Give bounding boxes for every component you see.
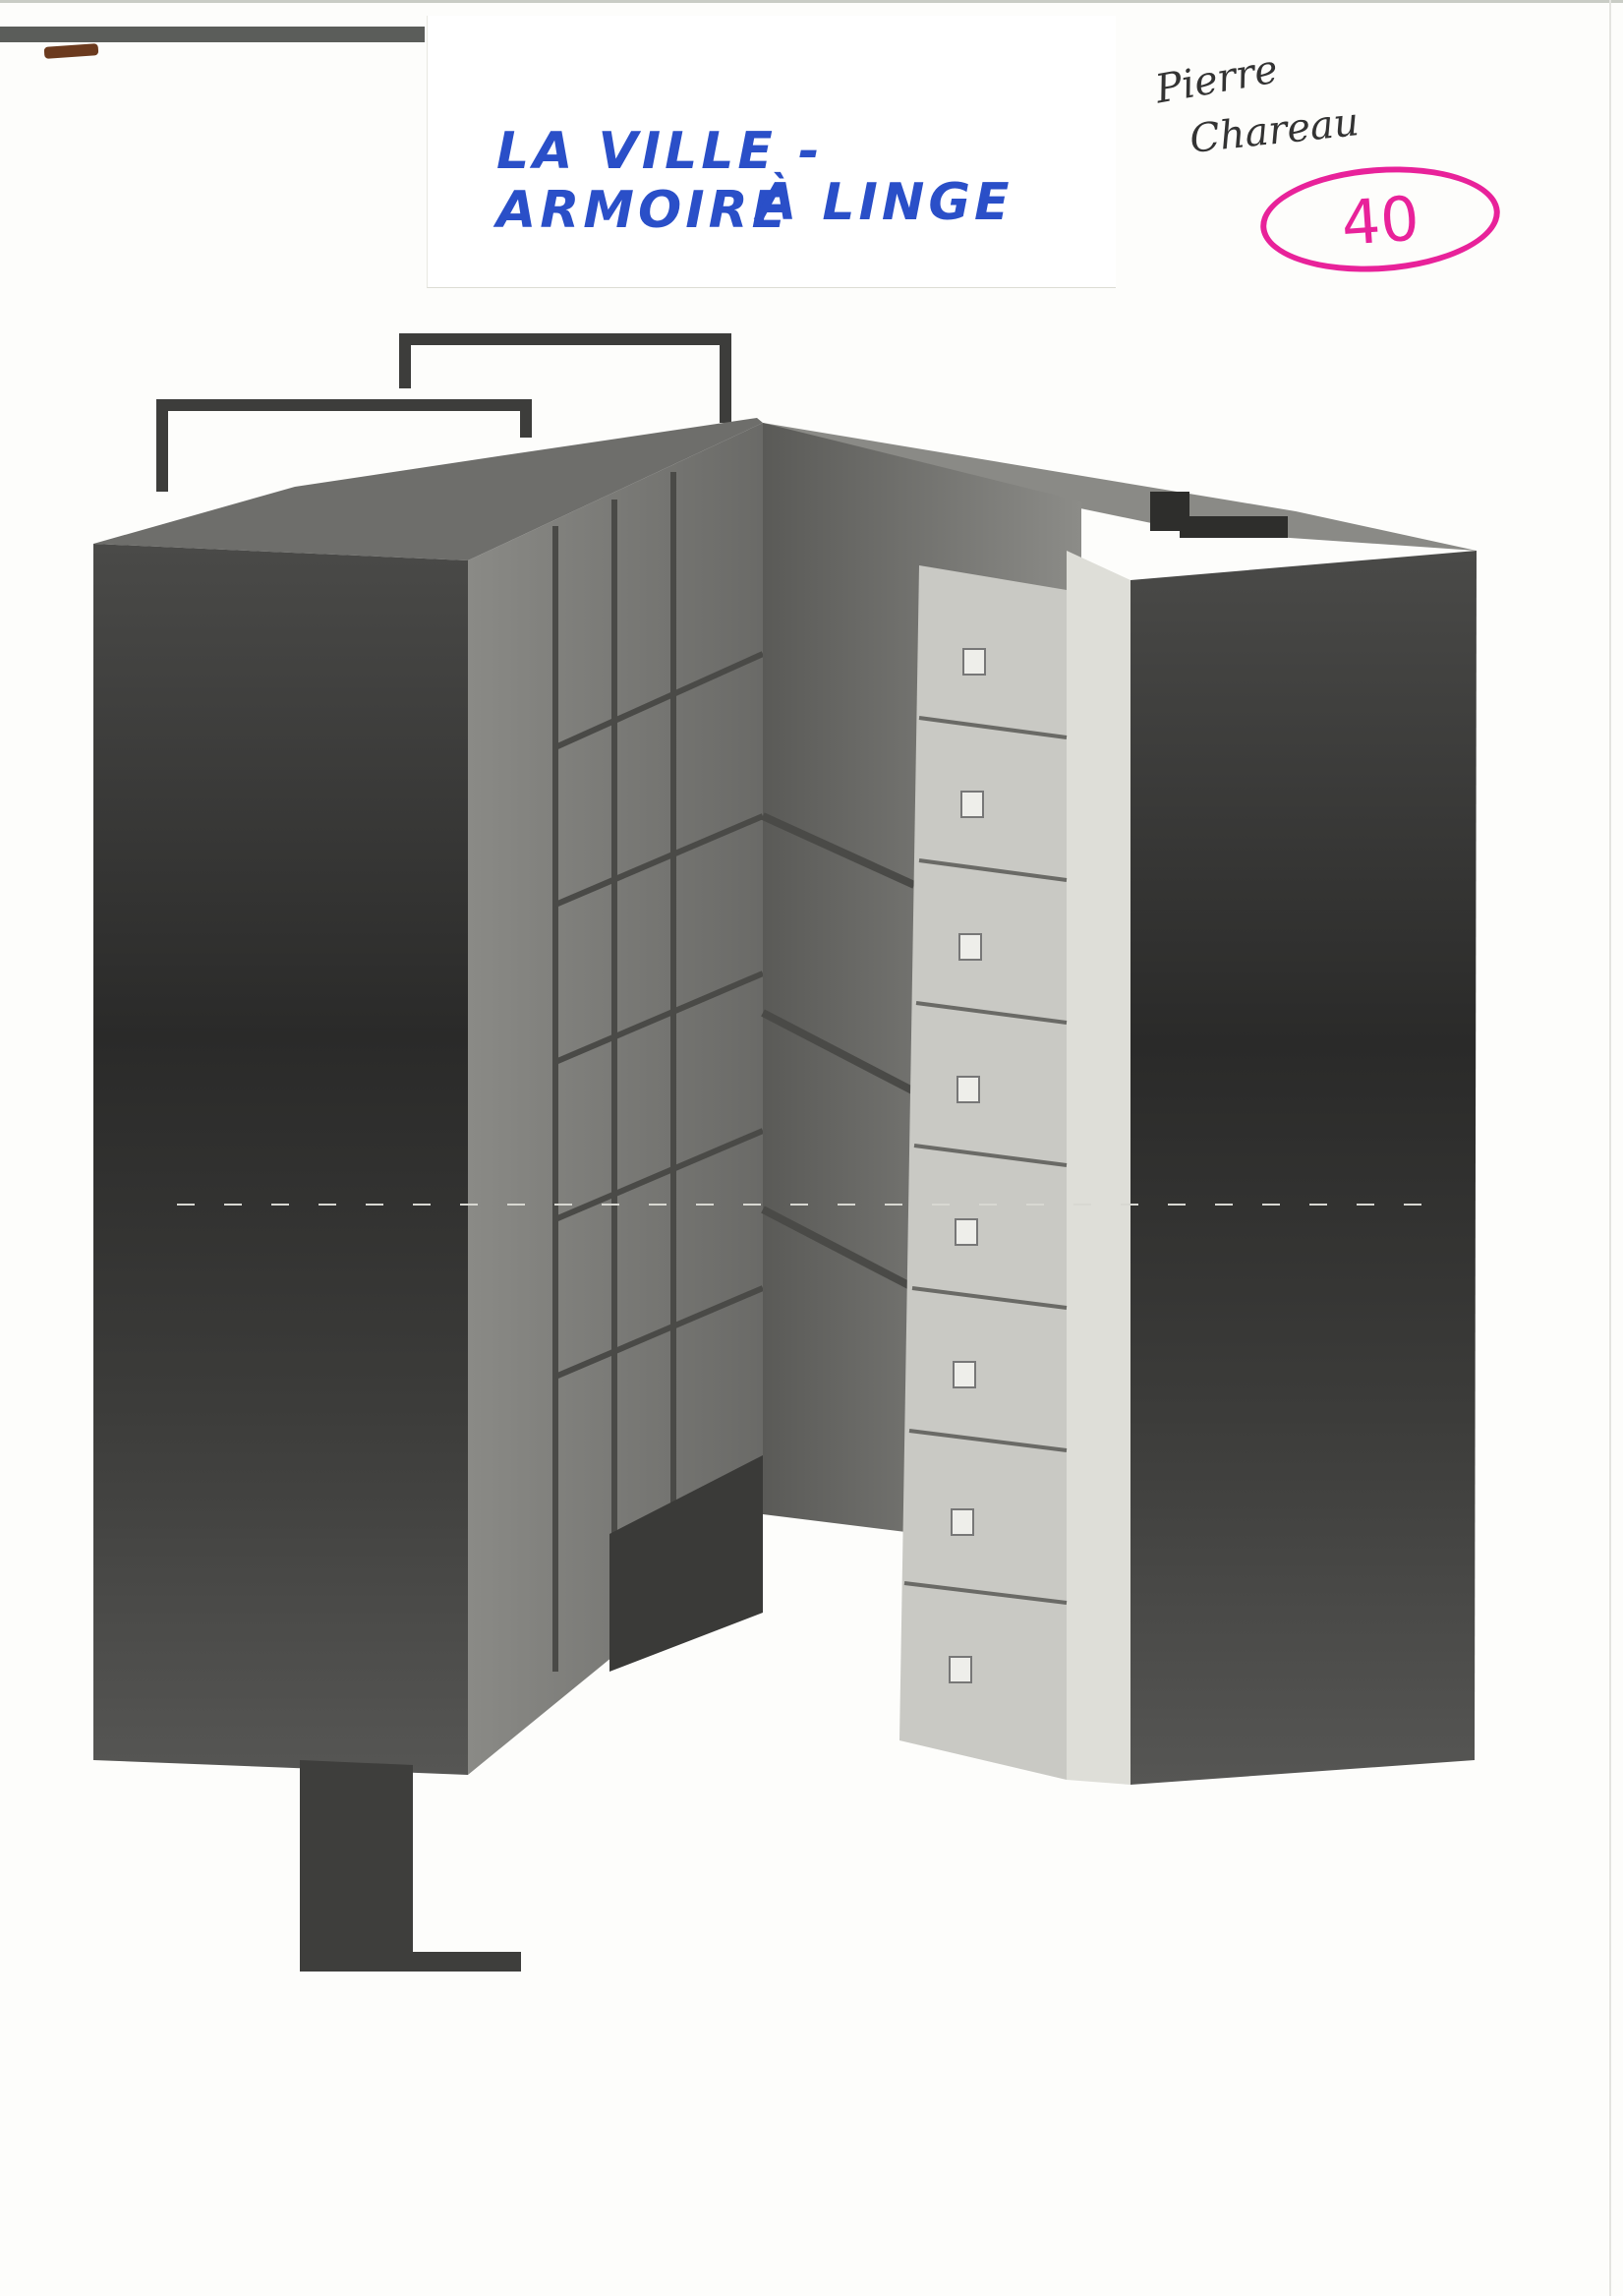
drawer-column bbox=[899, 565, 1067, 1780]
furniture-photo bbox=[0, 0, 1623, 2296]
